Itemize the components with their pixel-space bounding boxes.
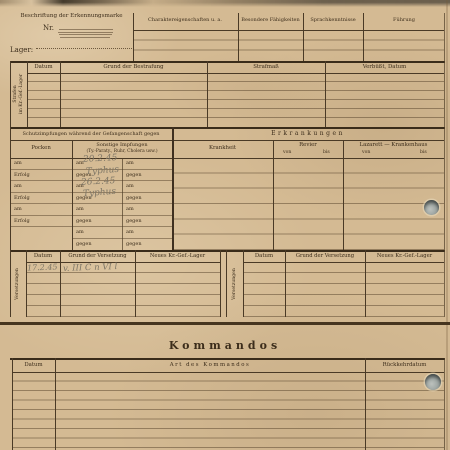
impfungen-cell: am xyxy=(10,181,72,193)
impfungen-cell: Erfolg xyxy=(10,170,72,182)
section-rule xyxy=(10,61,445,63)
table-border xyxy=(444,358,445,450)
nr-blank-line xyxy=(58,32,113,33)
impfungen-cell: gegen xyxy=(72,216,122,228)
versetzungen-side-label-text: Versetzungen xyxy=(15,268,21,300)
paper-torn-edge xyxy=(0,0,450,7)
table-border xyxy=(365,250,366,317)
qualities-header-3: Sprachkenntnisse xyxy=(304,17,362,23)
table-border xyxy=(10,61,11,127)
versetzungen-left-header-datum: Datum xyxy=(26,253,60,259)
hole-punch xyxy=(425,374,441,390)
impfungen-cell: am xyxy=(10,204,72,216)
section-rule xyxy=(10,127,445,129)
lager-label: Lager: xyxy=(10,46,33,54)
table-border xyxy=(444,250,445,317)
impfungen-cell: am xyxy=(72,204,122,216)
table-border xyxy=(55,358,56,450)
versetzungen-right-side-label: Versetzungen xyxy=(226,250,243,317)
impfungen-cell: gegen xyxy=(122,239,172,251)
lazarett-von-label: von xyxy=(362,150,370,155)
erkennungsmarke-label: Beschriftung der Erkennungsmarke xyxy=(10,13,133,19)
table-border xyxy=(10,140,444,141)
revier-bis-label: bis xyxy=(323,150,330,155)
nr-label: Nr. xyxy=(43,24,54,32)
section-rule xyxy=(0,322,450,325)
qualities-header-2: Besondere Fähigkeiten xyxy=(239,17,302,23)
impfungen-cell-blank xyxy=(10,239,72,251)
table-border xyxy=(285,250,286,317)
table-border xyxy=(363,13,364,61)
handwriting-versetzung-grund: v. III C n VI l xyxy=(63,262,118,274)
strafen-side-label-line2: im Kr.-Gef.-Lager xyxy=(19,74,25,114)
table-border xyxy=(135,250,136,317)
table-border xyxy=(172,127,174,250)
versetzungen-left-header-grund: Grund der Versetzung xyxy=(60,253,135,259)
strafen-header-datum: Datum xyxy=(27,64,60,70)
strafen-side-label-line1: Strafen xyxy=(13,74,19,114)
nr-blank-line xyxy=(59,29,113,30)
impfungen-cell: gegen xyxy=(72,239,122,251)
revier-von-label: von xyxy=(283,150,291,155)
impfungen-cell: am xyxy=(122,158,172,170)
qualities-rows xyxy=(133,30,444,60)
table-border xyxy=(10,250,11,317)
versetzungen-right-header-grund: Grund der Versetzung xyxy=(285,253,365,259)
table-border xyxy=(26,250,27,317)
versetzungen-left-side-label: Versetzungen xyxy=(10,250,26,317)
table-border xyxy=(220,250,221,317)
table-border xyxy=(303,13,304,61)
impfungen-cell: gegen xyxy=(122,170,172,182)
table-border xyxy=(27,61,28,127)
table-border xyxy=(444,127,445,250)
table-border xyxy=(72,140,73,250)
nr-blank-line xyxy=(59,34,112,35)
pow-record-card: Beschriftung der Erkennungsmarke Nr. Lag… xyxy=(0,0,450,450)
table-border xyxy=(133,13,134,61)
table-border xyxy=(60,61,61,127)
table-border xyxy=(444,13,445,61)
impfungen-cell: am xyxy=(10,158,72,170)
table-border xyxy=(12,358,13,450)
table-border xyxy=(365,358,366,450)
strafen-header-verbuesst: Verbüßt, Datum xyxy=(325,64,444,70)
table-border xyxy=(207,61,208,127)
kommandos-header-art: Art des Kommandos xyxy=(55,362,365,368)
impfungen-cell: gegen xyxy=(122,193,172,205)
nr-blank-line xyxy=(60,37,110,38)
table-border xyxy=(243,250,244,317)
lazarett-bis-label: bis xyxy=(420,150,427,155)
table-border xyxy=(10,127,11,250)
table-border xyxy=(444,61,445,127)
revier-header: Revier xyxy=(273,142,343,148)
kommandos-header-datum: Datum xyxy=(12,362,55,368)
handwriting-impfung1-date: 20.2.45 xyxy=(83,153,118,165)
versetzungen-left-header-lager: Neues Kr.-Gef.-Lager xyxy=(135,253,220,259)
sonstige-header: Sonstige Impfungen xyxy=(72,142,172,148)
lager-blank-line xyxy=(36,48,132,49)
table-border xyxy=(343,140,344,250)
qualities-header-4: Führung xyxy=(364,17,444,23)
versetzungen-side-label-text: Versetzungen xyxy=(232,268,238,300)
kommandos-title: Kommandos xyxy=(125,339,325,352)
pocken-header: Pocken xyxy=(10,145,72,151)
versetzungen-right-header-lager: Neues Kr.-Gef.-Lager xyxy=(365,253,444,259)
strafen-header-strafmass: Strafmaß xyxy=(207,64,325,70)
impfungen-cell: am xyxy=(122,204,172,216)
impfungen-title: Schutzimpfungen während der Gefangenscha… xyxy=(10,131,172,137)
table-border xyxy=(238,13,239,61)
impfungen-cell: am xyxy=(122,181,172,193)
qualities-header-1: Charaktereigenschaften u. a. xyxy=(135,17,235,23)
table-border xyxy=(60,250,61,317)
table-border xyxy=(122,158,123,250)
table-border xyxy=(226,250,227,317)
lazarett-header: Lazarett — Krankenhaus xyxy=(343,142,444,148)
kommandos-rows xyxy=(12,372,444,450)
versetzungen-right-rows xyxy=(243,262,444,317)
table-border xyxy=(325,61,326,127)
strafen-header-grund: Grund der Bestrafung xyxy=(60,64,207,70)
impfungen-cell: am xyxy=(122,227,172,239)
table-border xyxy=(273,140,274,250)
kommandos-header-rueckkehr: Rückkehrdatum xyxy=(365,362,444,368)
impfungen-cell: am xyxy=(72,227,122,239)
paper-right-edge xyxy=(446,0,448,450)
krankheit-header: Krankheit xyxy=(172,145,273,151)
impfungen-cell-blank xyxy=(10,227,72,239)
handwriting-versetzung-date: 17.2.45 xyxy=(27,262,58,272)
impfungen-cell: Erfolg xyxy=(10,216,72,228)
hole-punch xyxy=(424,200,439,215)
versetzungen-right-header-datum: Datum xyxy=(243,253,285,259)
erkrankungen-title: Erkrankungen xyxy=(172,130,444,137)
table-border xyxy=(10,358,445,360)
impfungen-cell: Erfolg xyxy=(10,193,72,205)
strafen-rows xyxy=(27,73,444,126)
sonstige-subheader: (Ty.-Paraty., Ruhr, Cholera usw.) xyxy=(72,149,172,154)
impfungen-cell: gegen xyxy=(122,216,172,228)
strafen-side-label: Strafen im Kr.-Gef.-Lager xyxy=(10,61,27,127)
erkrankungen-rows xyxy=(172,158,444,250)
